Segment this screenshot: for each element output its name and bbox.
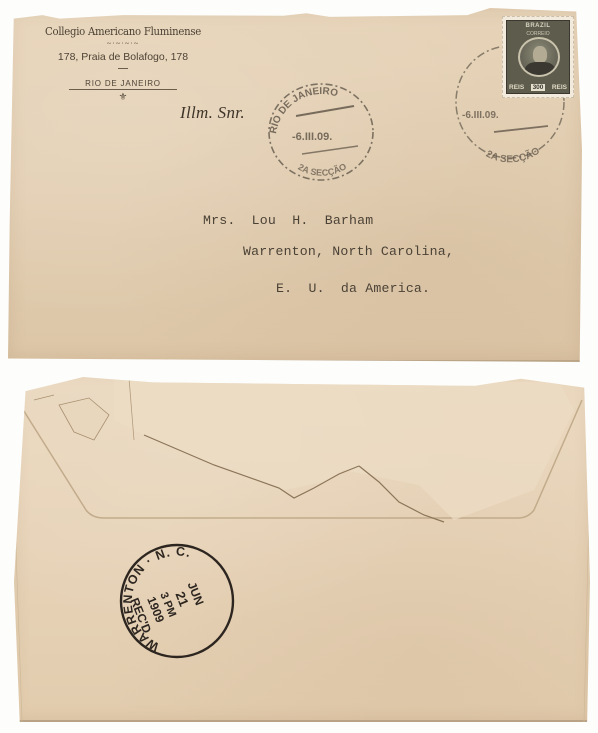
postmark-date: -6.III.09.: [292, 131, 332, 143]
letterhead-address: 178, Praia de Bolafogo, 178: [28, 51, 218, 63]
svg-text:2A SECÇÃO: 2A SECÇÃO: [296, 161, 348, 178]
postmark-bottom-text: 2A SECÇÃO: [296, 161, 348, 178]
letterhead-divider: [118, 68, 128, 69]
postmark-rio-left: RIO DE JANEIRO -6.III.09. 2A SECÇÃO: [262, 76, 380, 186]
postage-stamp: BRAZIL CORREIO REIS 300 REIS: [502, 16, 574, 98]
recipient-country: E. U. da America.: [276, 281, 430, 296]
letterhead-institution: Collegio Americano Fluminense: [39, 24, 206, 38]
stamp-currency-right: REIS: [552, 84, 567, 91]
postmark-warrenton-received: WARRENTON · N. C. JUN 21 3 PM 1909 REC'D: [118, 542, 236, 660]
postmark-date: -6.III.09.: [462, 110, 499, 121]
stamp-denomination: 300: [531, 84, 546, 91]
stamp-portrait-icon: [518, 37, 560, 77]
envelope-back: [14, 370, 590, 722]
letterhead: Collegio Americano Fluminense ~·~·~·~ 17…: [28, 24, 218, 103]
salutation: Illm. Snr.: [180, 103, 245, 123]
fleuron-icon: ⚜: [28, 92, 218, 103]
postmark-bottom-text: 2A SECÇÃO: [484, 145, 542, 165]
envelope-flap: [14, 370, 590, 722]
svg-text:2A SECÇÃO: 2A SECÇÃO: [484, 145, 542, 165]
stamp-currency-left: REIS: [509, 84, 524, 91]
stamp-country: BRAZIL: [507, 23, 569, 29]
recipient-name: Mrs. Lou H. Barham: [203, 213, 373, 228]
letterhead-ornament: ~·~·~·~: [28, 39, 218, 48]
letterhead-city: RIO DE JANEIRO: [69, 79, 177, 90]
recipient-city: Warrenton, North Carolina,: [243, 244, 454, 259]
